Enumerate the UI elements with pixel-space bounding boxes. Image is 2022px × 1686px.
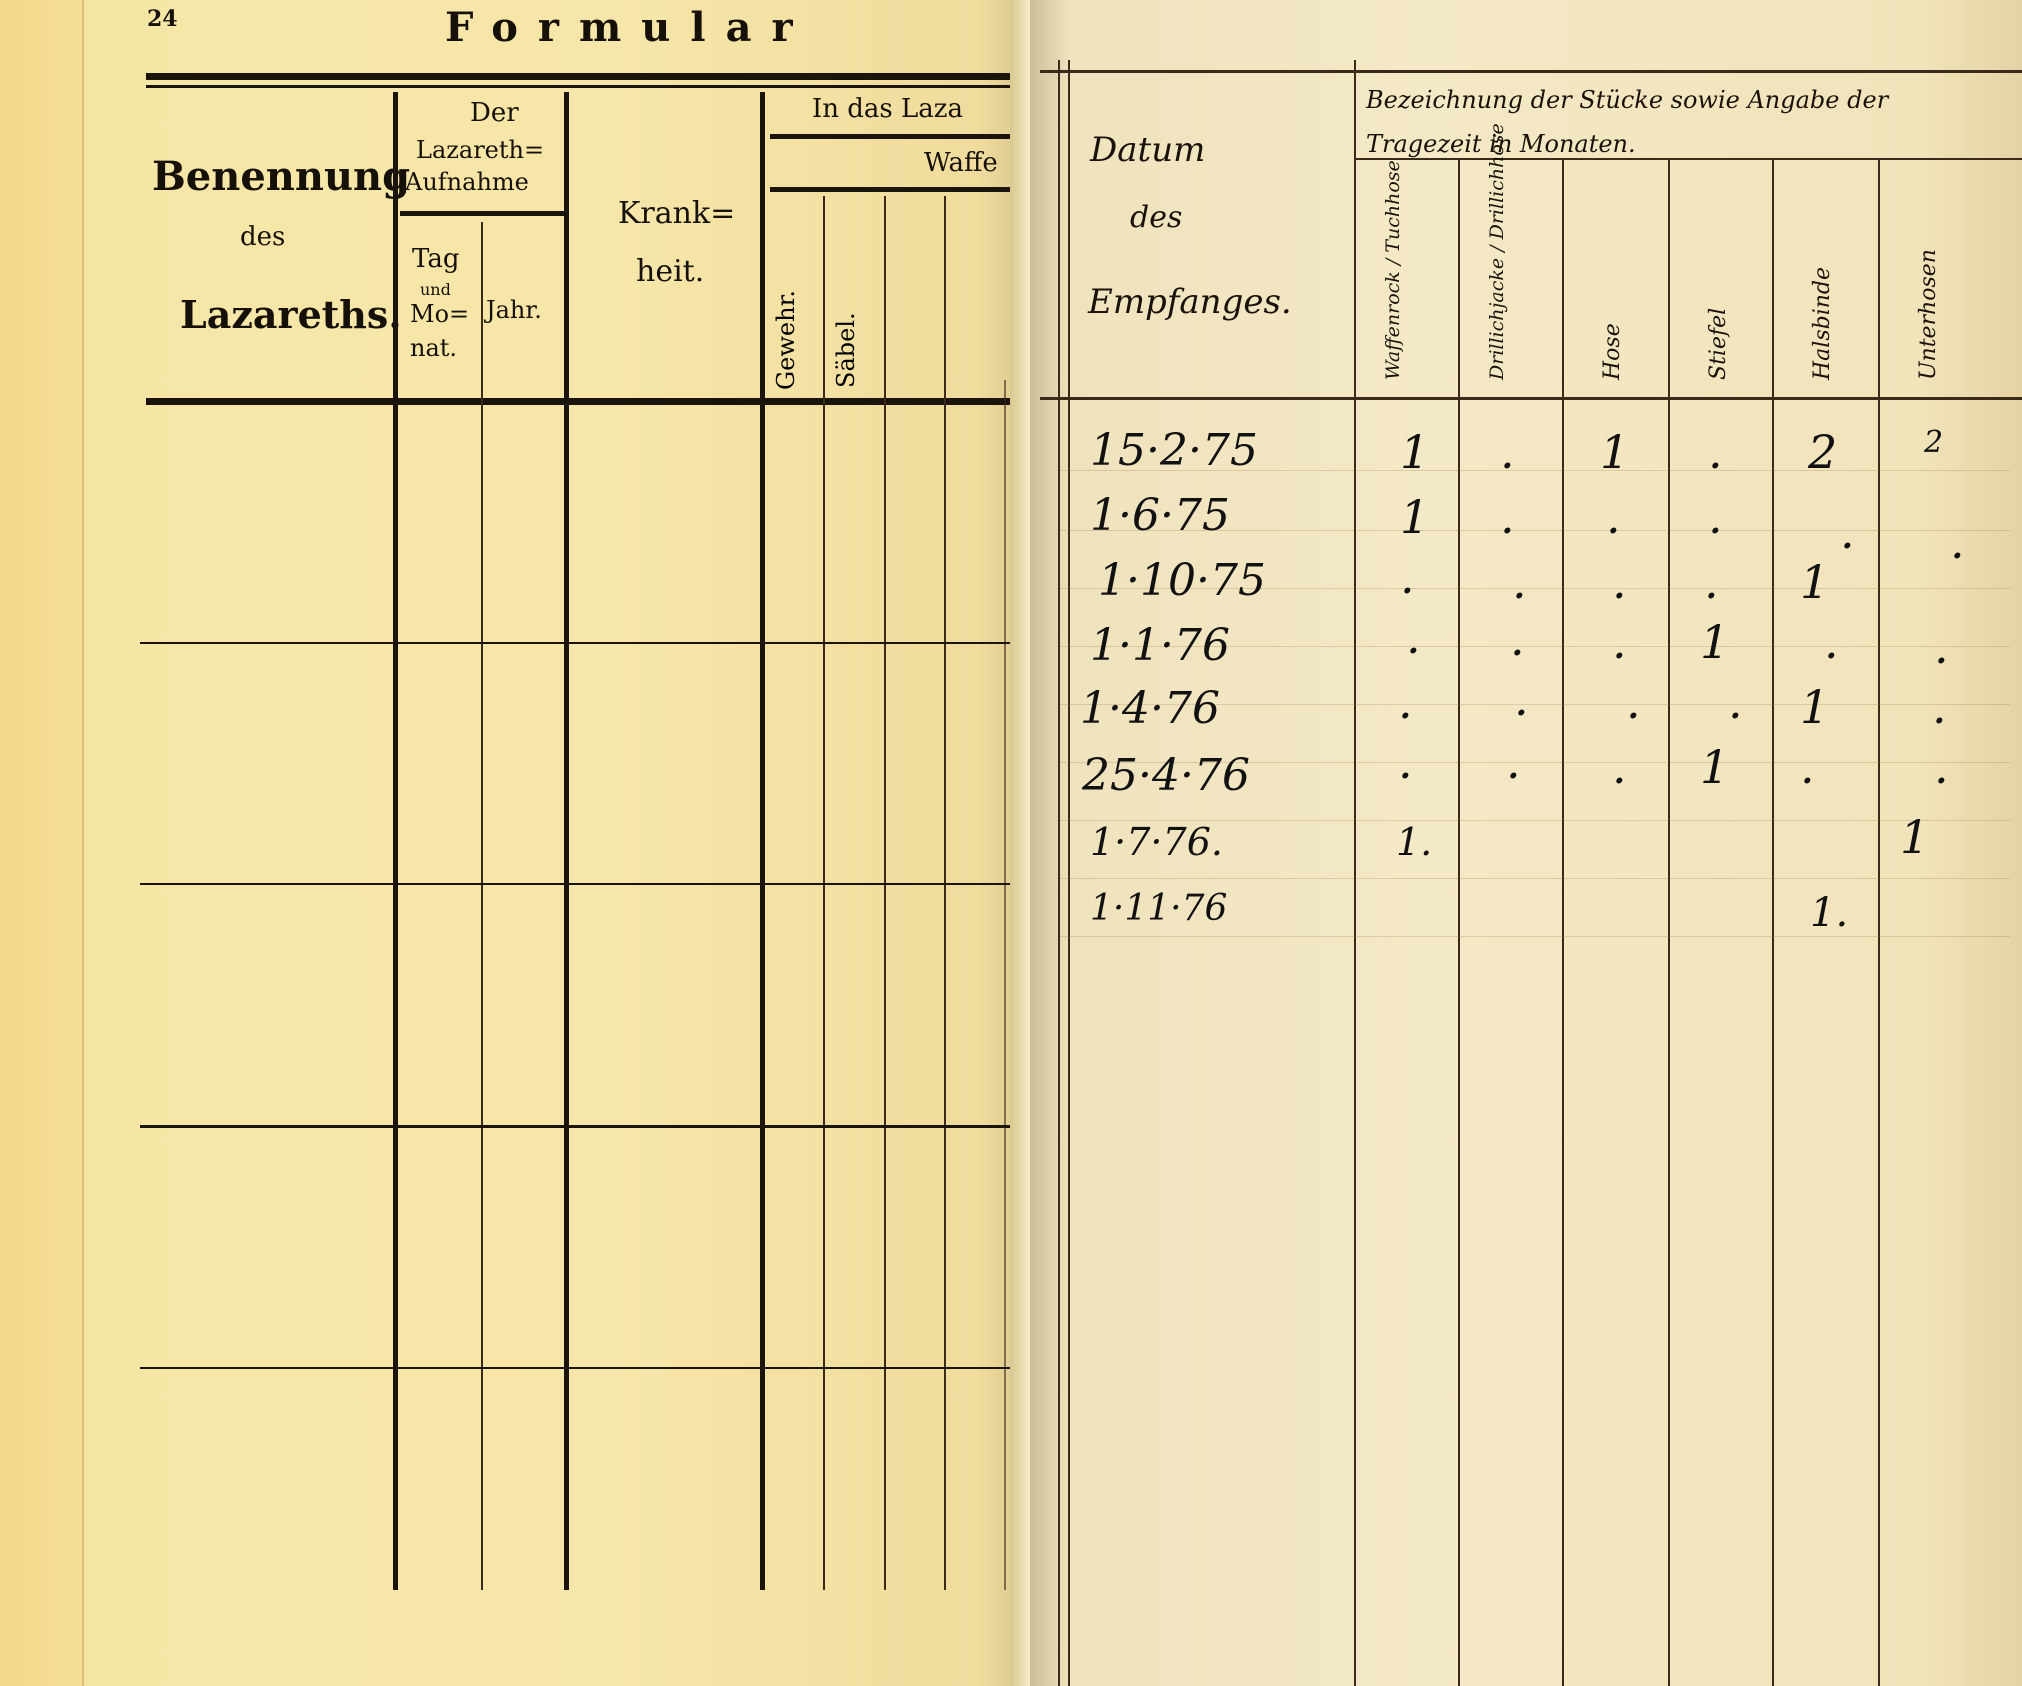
mark-cell: . xyxy=(1510,612,1525,666)
date-cell: 1·11·76 xyxy=(1090,888,1227,929)
header-krank: Krank= xyxy=(618,196,735,231)
mark-cell: . xyxy=(1500,490,1515,544)
col-header-6: Unterhosen xyxy=(1916,249,1941,380)
date-cell: 1·1·76 xyxy=(1090,620,1230,671)
col-header-2: Drillichjacke / Drillichhose xyxy=(1486,123,1508,380)
top-ink-rule xyxy=(1040,70,2022,73)
header-des: des xyxy=(240,222,285,252)
date-cell: 25·4·76 xyxy=(1082,750,1250,801)
left-page: 24 Formular Benennung des Lazareths. Der… xyxy=(0,0,1030,1686)
header-gewehr: Gewehr. xyxy=(772,290,800,390)
waffe-rule xyxy=(770,187,1020,192)
col-divider xyxy=(823,196,825,1590)
page-number: 24 xyxy=(147,6,178,32)
mark-cell: 1 xyxy=(1400,425,1429,479)
mark-cell: 1 xyxy=(1400,490,1429,544)
mark-cell: . xyxy=(1824,615,1839,669)
mark-cell: . xyxy=(1708,425,1723,479)
mark-cell: . xyxy=(1512,555,1527,609)
header-bottom-rule xyxy=(1040,397,2022,400)
header-saebel: Säbel. xyxy=(832,312,860,388)
mark-cell: . xyxy=(1708,490,1723,544)
col-divider xyxy=(1878,160,1880,1686)
mark-cell: . xyxy=(1400,550,1415,604)
mark-cell: 1. xyxy=(1810,890,1848,936)
lazareth-rule xyxy=(770,134,1020,139)
mark-cell: . xyxy=(1514,672,1529,726)
header-der: Der xyxy=(470,98,519,128)
row-rule xyxy=(140,642,1020,644)
header-nat: nat. xyxy=(410,334,457,362)
mark-cell: 1 xyxy=(1900,810,1929,864)
mark-cell: 2 xyxy=(1808,425,1837,479)
date-cell: 1·4·76 xyxy=(1080,683,1220,734)
col-divider xyxy=(1058,60,1060,1686)
col-divider xyxy=(481,222,483,1590)
header-lazareths: Lazareths. xyxy=(180,292,402,337)
mark-cell: . xyxy=(1704,555,1719,609)
top-rule-thin xyxy=(146,85,1026,88)
row-rule xyxy=(140,883,1020,885)
mark-cell: . xyxy=(1800,740,1815,794)
header-waffe: Waffe xyxy=(924,148,998,178)
header-jahr: Jahr. xyxy=(486,296,542,324)
col-header-5: Halsbinde xyxy=(1810,267,1835,380)
header-des: des xyxy=(1130,200,1182,235)
mark-cell: . xyxy=(1606,490,1621,544)
top-rule xyxy=(146,73,1026,80)
date-cell: 1·7·76. xyxy=(1090,820,1223,864)
header-bottom-rule xyxy=(146,398,1026,405)
mark-cell: 1 xyxy=(1600,425,1629,479)
col-divider xyxy=(1354,60,1356,1686)
col-divider xyxy=(393,92,398,1590)
date-cell: 15·2·75 xyxy=(1090,425,1258,476)
col-divider xyxy=(1562,160,1564,1686)
col-header-4: Stiefel xyxy=(1706,308,1731,380)
col-divider xyxy=(1668,160,1670,1686)
mark-cell: 1. xyxy=(1396,820,1432,864)
mark-cell: . xyxy=(1406,610,1421,664)
mark-cell: . xyxy=(1728,675,1743,729)
page-edge xyxy=(0,0,84,1686)
header-bezeichnung: Bezeichnung der Stücke sowie Angabe der … xyxy=(1366,78,2006,166)
header-empfanges: Empfanges. xyxy=(1088,282,1292,322)
mark-cell: 1 xyxy=(1800,555,1829,609)
col-divider xyxy=(1458,160,1460,1686)
col-divider xyxy=(944,196,946,1590)
col-divider xyxy=(760,92,765,1590)
col-divider xyxy=(1068,60,1070,1686)
mark-cell: 1 xyxy=(1700,740,1729,794)
mark-cell: . xyxy=(1934,620,1949,674)
header-tag: Tag xyxy=(412,244,459,274)
header-benennung: Benennung xyxy=(152,153,410,200)
col-divider xyxy=(564,92,569,1590)
col-header-1: Waffenrock / Tuchhose xyxy=(1382,160,1404,380)
mark-cell: . xyxy=(1840,505,1855,559)
aufnahme-rule xyxy=(400,211,564,216)
header-in-das-lazareth: In das Laza xyxy=(812,94,963,124)
date-cell: 1·10·75 xyxy=(1098,555,1266,606)
header-lazareth: Lazareth= xyxy=(416,136,544,164)
mark-cell: 1 xyxy=(1700,615,1729,669)
mark-cell: . xyxy=(1398,735,1413,789)
mark-cell: . xyxy=(1506,735,1521,789)
mark-cell: . xyxy=(1612,555,1627,609)
row-rule xyxy=(140,1125,1020,1128)
col-divider xyxy=(1004,380,1006,1590)
col-divider xyxy=(884,196,886,1590)
mark-cell: . xyxy=(1398,675,1413,729)
ledger-line xyxy=(1060,878,2010,879)
ledger-line xyxy=(1060,936,2010,937)
mark-cell: . xyxy=(1932,680,1947,734)
mark-cell: . xyxy=(1950,515,1965,569)
form-title: Formular xyxy=(445,4,813,51)
col-divider xyxy=(1772,160,1774,1686)
mark-cell: . xyxy=(1612,615,1627,669)
mark-cell: 1 xyxy=(1800,680,1829,734)
col-header-3: Hose xyxy=(1600,323,1625,380)
mark-cell: . xyxy=(1626,675,1641,729)
header-mo: Mo= xyxy=(410,300,469,328)
header-und: und xyxy=(420,280,451,299)
header-heit: heit. xyxy=(636,254,704,289)
mark-cell: . xyxy=(1612,740,1627,794)
mark-cell: . xyxy=(1934,740,1949,794)
row-rule xyxy=(140,1367,1020,1369)
date-cell: 1·6·75 xyxy=(1090,490,1230,541)
mark-cell: 2 xyxy=(1924,425,1943,460)
mark-cell: . xyxy=(1500,425,1515,479)
header-aufnahme: Aufnahme xyxy=(405,168,529,196)
header-datum: Datum xyxy=(1090,130,1205,170)
